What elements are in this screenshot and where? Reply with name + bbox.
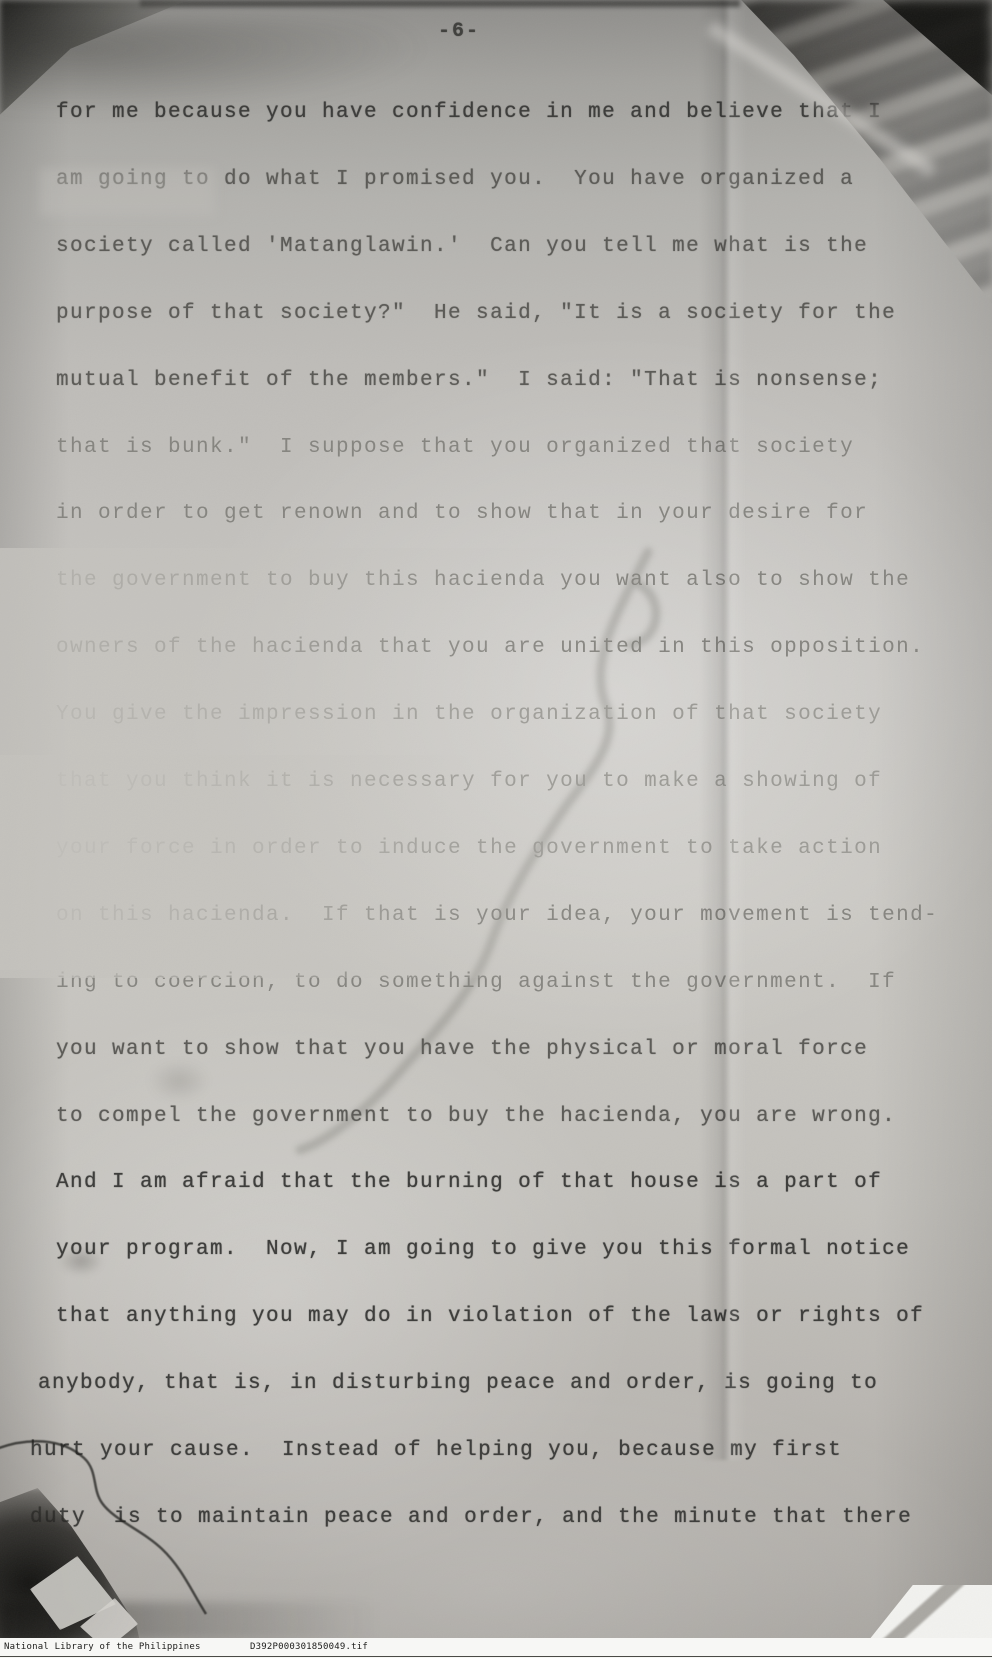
typewritten-line: purpose of that society?" He said, "It i… — [56, 303, 896, 324]
typewritten-line: the government to buy this hacienda you … — [56, 570, 910, 591]
typewritten-line: owners of the hacienda that you are unit… — [56, 637, 924, 658]
scanned-document-page: -6- for me because you have confidence i… — [0, 0, 992, 1658]
typewritten-line: hurt your cause. Instead of helping you,… — [30, 1440, 842, 1461]
typewritten-line: that anything you may do in violation of… — [56, 1306, 924, 1327]
typewritten-line: to compel the government to buy the haci… — [56, 1106, 896, 1127]
typewritten-line: that you think it is necessary for you t… — [56, 771, 882, 792]
scan-footer: National Library of the Philippines D392… — [0, 1638, 992, 1658]
typewritten-line: on this hacienda. If that is your idea, … — [56, 905, 938, 926]
typewritten-line: And I am afraid that the burning of that… — [56, 1172, 882, 1193]
typewritten-line: You give the impression in the organizat… — [56, 704, 882, 725]
typewritten-line: duty is to maintain peace and order, and… — [30, 1507, 912, 1528]
filename-watermark: D392P000301850049.tif — [250, 1642, 368, 1652]
typewritten-line: in order to get renown and to show that … — [56, 503, 868, 524]
typewritten-text-block: for me because you have confidence in me… — [0, 0, 992, 1658]
typewritten-line: your force in order to induce the govern… — [56, 838, 882, 859]
typewritten-line: mutual benefit of the members." I said: … — [56, 370, 882, 391]
typewritten-line: am going to do what I promised you. You … — [56, 169, 854, 190]
typewritten-line: for me because you have confidence in me… — [56, 102, 882, 123]
typewritten-line: you want to show that you have the physi… — [56, 1039, 868, 1060]
typewritten-line: anybody, that is, in disturbing peace an… — [38, 1373, 878, 1394]
typewritten-line: that is bunk." I suppose that you organi… — [56, 437, 854, 458]
typewritten-line: your program. Now, I am going to give yo… — [56, 1239, 910, 1260]
typewritten-line: ing to coercion, to do something against… — [56, 972, 896, 993]
library-watermark: National Library of the Philippines — [4, 1642, 201, 1652]
typewritten-line: society called 'Matanglawin.' Can you te… — [56, 236, 868, 257]
